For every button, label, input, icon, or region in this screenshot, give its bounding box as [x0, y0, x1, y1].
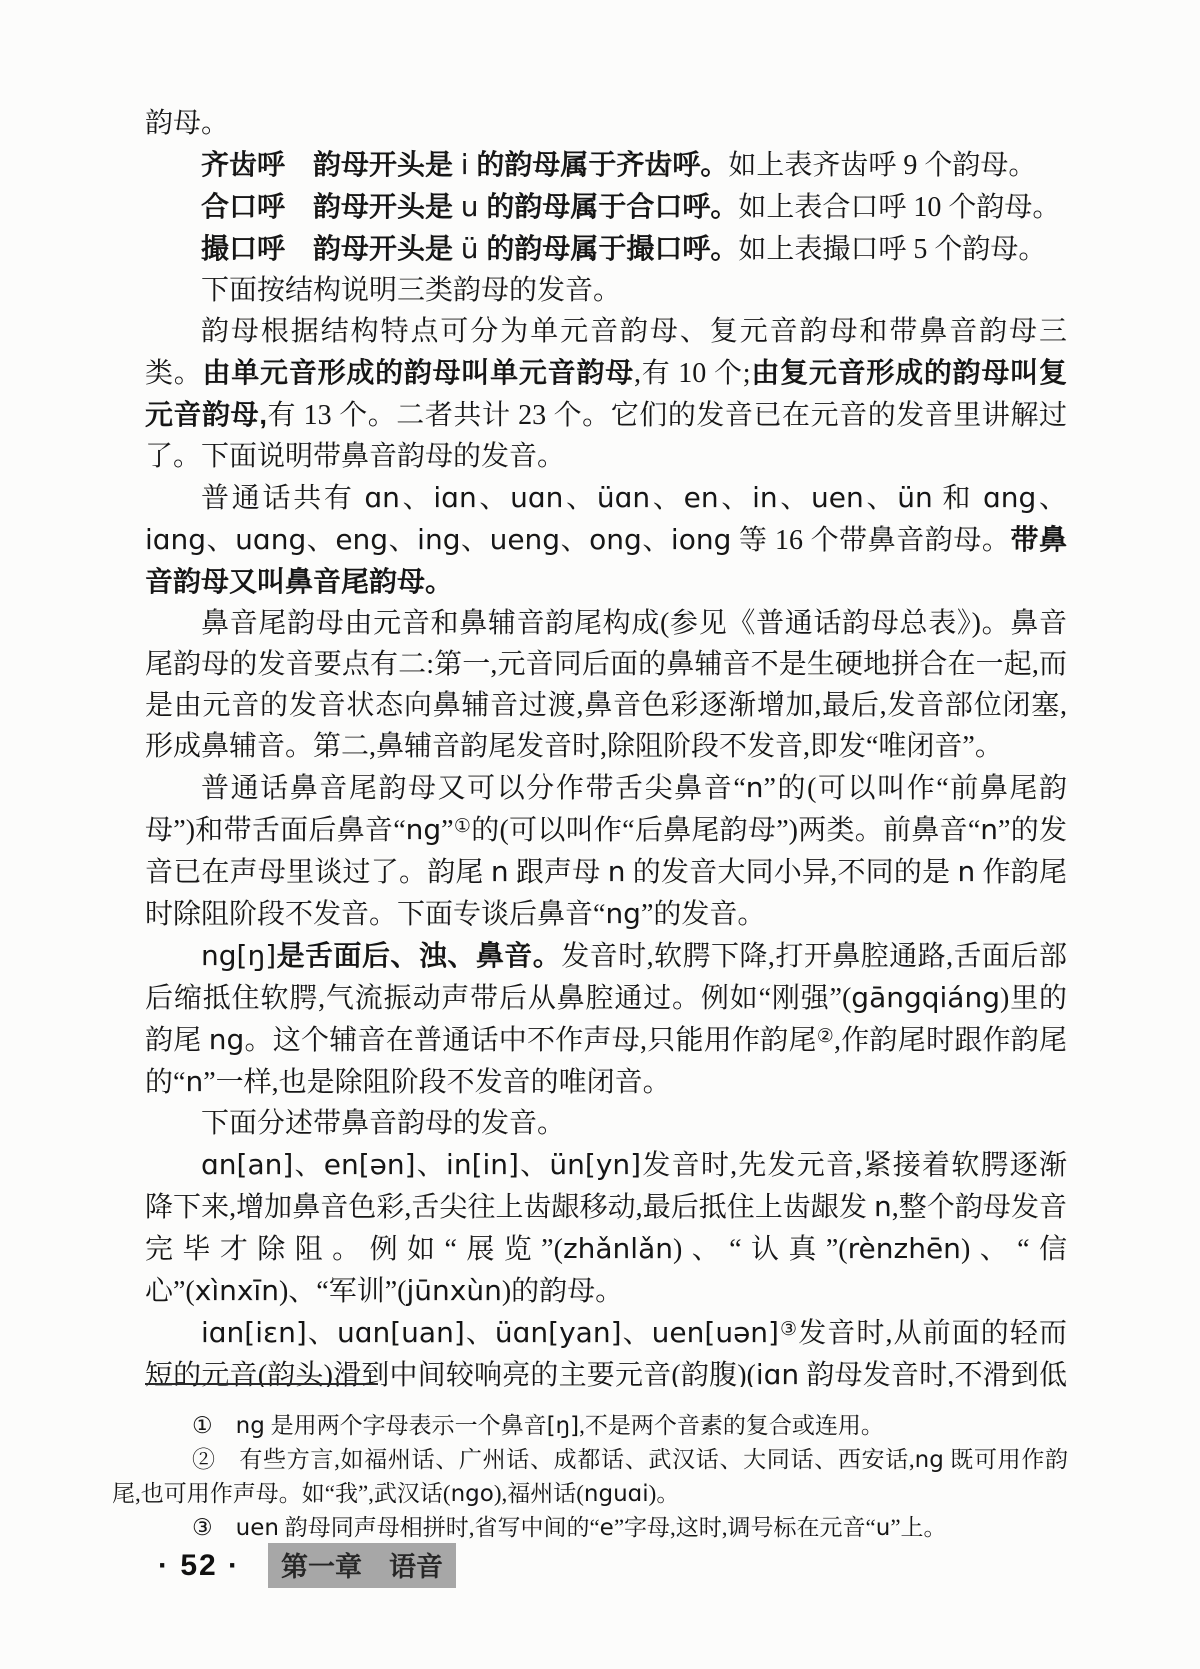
text-run: 等 16 个带鼻音韵母。: [731, 525, 1010, 556]
footnote-1: ① ng 是用两个字母表示一个鼻音[ŋ],不是两个音素的复合或连用。: [112, 1409, 1068, 1443]
book-page: 韵母。齐齿呼 韵母开头是 i 的韵母属于齐齿呼。如上表齐齿呼 9 个韵母。合口呼…: [0, 0, 1200, 1669]
text-run: 撮口呼: [201, 233, 313, 264]
text-run: 普通话共有: [201, 483, 364, 514]
footnote-separator: [145, 1383, 378, 1385]
text-run: ngo: [451, 1481, 494, 1507]
text-run: 的韵母属于撮口呼。: [479, 233, 739, 264]
text-run: 下面分述带鼻音韵母的发音。: [201, 1108, 565, 1139]
text-run: xìnxīn: [195, 1274, 279, 1307]
text-run: 的(可以叫作“后鼻尾韵母”)两类。前鼻音“: [471, 815, 980, 846]
text-run: 普通话鼻音尾韵母又可以分作带舌尖鼻音“: [201, 773, 746, 804]
text-run: n: [958, 855, 976, 888]
page-number: · 52 ·: [158, 1549, 240, 1583]
text-run: n: [608, 855, 626, 888]
text-run: uen: [236, 1515, 279, 1541]
text-run: ”: [441, 815, 453, 846]
text-run: i: [461, 148, 469, 181]
text-run: 下面按结构说明三类韵母的发音。: [201, 275, 621, 306]
paragraph: 韵母。: [145, 103, 1067, 144]
page-footer: · 52 · 第一章 语音: [158, 1543, 456, 1588]
paragraph: iɑn[iɛn]、uɑn[uan]、üɑn[yan]、uen[uən]③发音时,…: [145, 1312, 1067, 1387]
paragraph: 普通话鼻音尾韵母又可以分作带舌尖鼻音“n”的(可以叫作“前鼻尾韵母”)和带舌面后…: [145, 767, 1067, 935]
paragraph: 韵母根据结构特点可分为单元音韵母、复元音韵母和带鼻音韵母三类。由单元音形成的韵母…: [145, 311, 1067, 477]
text-run: ,不是两个音素的复合或连用。: [579, 1413, 884, 1438]
text-run: )。: [649, 1481, 680, 1506]
text-run: 由单元音形成的韵母叫单元音韵母: [203, 357, 634, 388]
text-run: 。这个辅音在普通话中不作声母,只能用作韵尾: [244, 1025, 816, 1056]
text-run: nguɑi: [584, 1481, 649, 1507]
text-run: ,有 10 个;: [634, 358, 751, 389]
text-run: n: [185, 1065, 203, 1098]
text-run: iɑn[iɛn]、uɑn[uan]、üɑn[yan]、uen[uən]: [201, 1316, 779, 1349]
text-run: rènzhēn: [848, 1232, 961, 1265]
text-run: 齐齿呼: [201, 149, 313, 180]
paragraph: ɑn[an]、en[ən]、in[in]、ün[yn]发音时,先发元音,紧接着软…: [145, 1144, 1067, 1312]
text-run: 的韵母属于合口呼。: [479, 191, 739, 222]
footnotes: ① ng 是用两个字母表示一个鼻音[ŋ],不是两个音素的复合或连用。② 有些方言…: [112, 1409, 1068, 1545]
text-run: )的韵母。: [502, 1276, 623, 1307]
footnote-3: ③ uen 韵母同声母相拼时,省写中间的“e”字母,这时,调号标在元音“u”上。: [112, 1511, 1068, 1545]
text-run: ”字母,这时,调号标在元音“: [614, 1515, 876, 1540]
text-run: 和: [933, 483, 983, 514]
text-run: jūnxùn: [406, 1274, 501, 1307]
text-run: 鼻音尾韵母由元音和鼻辅音韵尾构成(参见《普通话韵母总表》)。鼻音尾韵母的发音要点…: [145, 608, 1067, 762]
text-run: ①: [192, 1413, 236, 1438]
text-run: ng: [236, 1413, 265, 1439]
text-run: ng: [915, 1447, 944, 1473]
text-run: ng[ŋ]: [201, 939, 276, 972]
text-run: 是用两个字母表示一个鼻音: [265, 1413, 547, 1438]
text-run: ”上。: [890, 1515, 946, 1540]
text-run: 的发音大同小异,不同的是: [625, 857, 957, 888]
text-run: ①: [454, 816, 472, 837]
text-run: )、“认真”(: [673, 1234, 848, 1265]
text-run: 如上表合口呼 10 个韵母。: [738, 192, 1060, 223]
text-run: ɑn[an]、en[ən]、in[in]、ün[yn]: [201, 1148, 641, 1181]
text-run: ③: [779, 1319, 798, 1340]
text-run: ü: [461, 232, 479, 265]
text-run: 韵母。: [145, 108, 229, 139]
text-run: ”一样,也是除阻阶段不发音的唯闭音。: [203, 1067, 670, 1098]
text-run: )、“军训”(: [279, 1276, 407, 1307]
paragraph: 下面按结构说明三类韵母的发音。: [145, 270, 1067, 311]
chapter-label: 第一章 语音: [268, 1543, 456, 1588]
body-text: 韵母。齐齿呼 韵母开头是 i 的韵母属于齐齿呼。如上表齐齿呼 9 个韵母。合口呼…: [145, 103, 1067, 1387]
text-run: 跟声母: [509, 857, 608, 888]
text-run: ②: [817, 1026, 834, 1047]
text-run: 韵母开头是: [313, 149, 461, 180]
text-run: ng: [406, 813, 442, 846]
footnote-2: ② 有些方言,如福州话、广州话、成都话、武汉话、大同话、西安话,ng 既可用作韵…: [112, 1443, 1068, 1511]
text-run: 韵母同声母相拼时,省写中间的“: [279, 1515, 600, 1540]
text-run: ),福州话(: [494, 1481, 584, 1506]
text-run: n: [980, 813, 998, 846]
text-run: n: [874, 1190, 892, 1223]
paragraph: 下面分述带鼻音韵母的发音。: [145, 1103, 1067, 1144]
text-run: n: [746, 771, 764, 804]
paragraph: 撮口呼 韵母开头是 ü 的韵母属于撮口呼。如上表撮口呼 5 个韵母。: [145, 228, 1067, 270]
text-run: iɑn: [756, 1358, 799, 1387]
paragraph: ng[ŋ]是舌面后、浊、鼻音。发音时,软腭下降,打开鼻腔通路,舌面后部后缩抵住软…: [145, 935, 1067, 1103]
paragraph: 齐齿呼 韵母开头是 i 的韵母属于齐齿呼。如上表齐齿呼 9 个韵母。: [145, 144, 1067, 186]
text-run: 如上表齐齿呼 9 个韵母。: [728, 150, 1036, 181]
paragraph: 鼻音尾韵母由元音和鼻辅音韵尾构成(参见《普通话韵母总表》)。鼻音尾韵母的发音要点…: [145, 603, 1067, 767]
text-run: u: [876, 1515, 891, 1541]
text-run: 韵母开头是: [313, 191, 461, 222]
paragraph: 普通话共有 ɑn、iɑn、uɑn、üɑn、en、in、uen、ün 和 ɑng、…: [145, 477, 1067, 603]
paragraph: 合口呼 韵母开头是 u 的韵母属于合口呼。如上表合口呼 10 个韵母。: [145, 186, 1067, 228]
text-run: 的韵母属于齐齿呼。: [469, 149, 729, 180]
text-run: ② 有些方言,如福州话、广州话、成都话、武汉话、大同话、西安话,: [192, 1447, 915, 1472]
text-run: zhǎnlǎn: [563, 1232, 673, 1265]
text-run: u: [461, 190, 479, 223]
text-run: 有 13 个。二者共计 23 个。它们的发音已在元音的发音里讲解过了。下面说明带…: [145, 400, 1067, 472]
text-run: 合口呼: [201, 191, 313, 222]
text-run: 如上表撮口呼 5 个韵母。: [738, 234, 1046, 265]
text-run: ③: [192, 1515, 236, 1540]
text-run: ng: [605, 897, 641, 930]
text-run: ɑn、iɑn、uɑn、üɑn、en、in、uen、ün: [364, 481, 932, 514]
text-run: ng: [209, 1023, 245, 1056]
text-run: gāngqiáng: [851, 981, 1000, 1014]
text-run: ”的发音。: [641, 899, 765, 930]
text-run: 是舌面后、浊、鼻音。: [276, 940, 561, 971]
text-run: 韵母开头是: [313, 233, 461, 264]
text-run: [ŋ]: [547, 1413, 580, 1439]
text-run: n: [491, 855, 509, 888]
text-run: e: [600, 1515, 614, 1541]
